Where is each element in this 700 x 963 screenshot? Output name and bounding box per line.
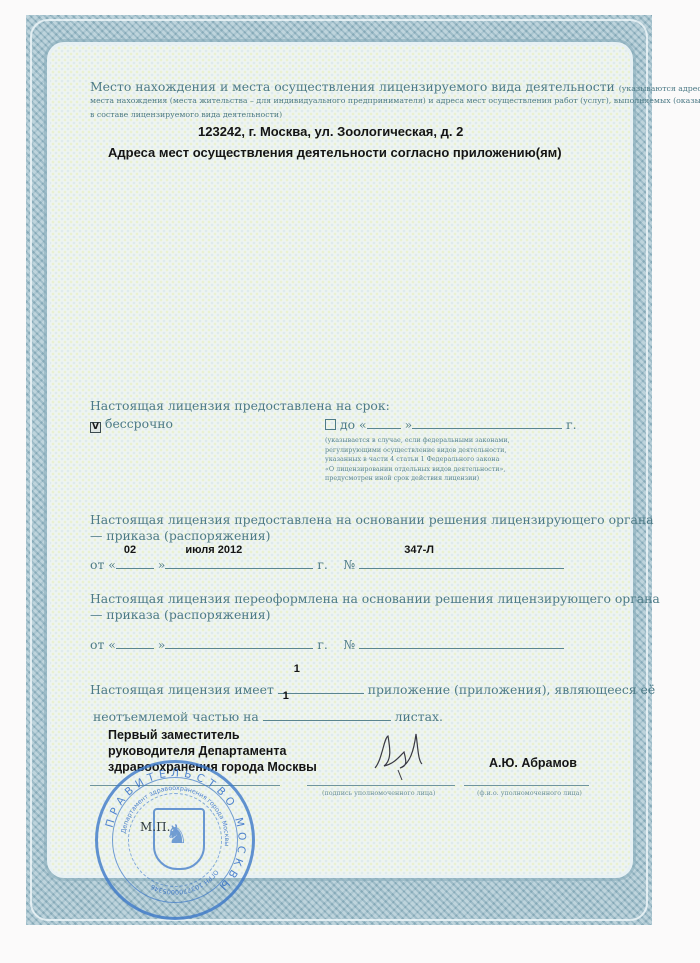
until-date-field[interactable] [412, 416, 562, 429]
seal-text: ПРАВИТЕЛЬСТВО МОСКВЫ Департамент здравоо… [98, 763, 252, 917]
activity-places: Адреса мест осуществления деятельности с… [108, 145, 562, 160]
granted-year-suffix: г. [317, 557, 327, 572]
signatory-position-line: Первый заместитель [108, 727, 317, 743]
name-caption: (ф.и.о. уполномоченного лица) [477, 789, 582, 797]
granted-line2: — приказа (распоряжения) [90, 528, 270, 543]
term-indefinite: Vбессрочно [90, 416, 173, 433]
granted-day: 02 [124, 544, 136, 556]
term-until: до « » г. [325, 416, 577, 432]
reissued-close-quote: » [158, 637, 166, 652]
granted-month-year: июля 2012 [185, 544, 242, 556]
granted-number-label: № [344, 557, 356, 572]
until-note-line: (указывается в случае, если федеральными… [325, 436, 510, 446]
location-heading: Место нахождения и места осуществления л… [90, 79, 700, 94]
granted-month-field[interactable]: июля 2012 [165, 556, 313, 569]
granted-number: 347-Л [404, 544, 434, 556]
official-seal: ПРАВИТЕЛЬСТВО МОСКВЫ Департамент здравоо… [95, 760, 255, 920]
until-checkbox[interactable] [325, 419, 336, 430]
location-heading-title: Место нахождения и места осуществления л… [90, 79, 615, 94]
reissued-line2: — приказа (распоряжения) [90, 607, 270, 622]
sheets-part-label: неотъемлемой частью на [93, 709, 259, 724]
until-note: (указывается в случае, если федеральными… [325, 436, 510, 484]
signatory-position-line: руководителя Департамента [108, 743, 317, 759]
location-heading-note: (указываются адрес [619, 84, 700, 93]
reissued-from-label: от « [90, 637, 116, 652]
until-prefix: до « [340, 417, 367, 432]
signature-icon [370, 730, 430, 780]
granted-line1: Настоящая лицензия предоставлена на осно… [90, 512, 653, 527]
location-note-line3: в составе лицензируемого вида деятельнос… [90, 110, 282, 119]
until-day-field[interactable] [367, 416, 401, 429]
sheets-label: листах. [395, 709, 443, 724]
reissued-date-row: от « » г. № [90, 636, 564, 652]
signature-line [307, 785, 455, 786]
reissued-number-label: № [344, 637, 356, 652]
svg-text:Департамент здравоохранения го: Департамент здравоохранения города Москв… [120, 785, 230, 847]
reissued-number-field[interactable] [359, 636, 564, 649]
sheets-count: 1 [283, 690, 289, 702]
until-suffix: г. [566, 417, 576, 432]
granted-number-field[interactable]: 347-Л [359, 556, 564, 569]
until-note-line: предусмотрен иной срок действия лицензии… [325, 474, 510, 484]
granted-date-row: от «02 »июля 2012 г. № 347-Л [90, 556, 564, 572]
seal-place-label: М.П. [140, 820, 170, 834]
sheets-count-field[interactable]: 1 [263, 708, 391, 721]
signature-caption: (подпись уполномоченного лица) [322, 789, 435, 797]
appendix-row: Настоящая лицензия имеет 1 приложение (п… [90, 681, 655, 697]
appendix-label: приложение (приложения), являющееся её [368, 682, 656, 697]
indefinite-label: бессрочно [105, 416, 173, 431]
name-line [464, 785, 589, 786]
location-note-line2: места нахождения (места жительства – для… [90, 96, 700, 105]
sheets-row: неотъемлемой частью на 1 листах. [93, 708, 443, 724]
granted-close-quote: » [158, 557, 166, 572]
address-main: 123242, г. Москва, ул. Зоологическая, д.… [198, 124, 463, 139]
until-mid: » [405, 417, 413, 432]
until-note-line: указанных в части 4 статьи 1 Федеральног… [325, 455, 510, 465]
granted-from-label: от « [90, 557, 116, 572]
until-note-line: «О лицензировании отдельных видов деятел… [325, 465, 510, 475]
reissued-line1: Настоящая лицензия переоформлена на осно… [90, 591, 660, 606]
term-label: Настоящая лицензия предоставлена на срок… [90, 398, 390, 413]
reissued-month-field[interactable] [165, 636, 313, 649]
appendix-has-label: Настоящая лицензия имеет [90, 682, 274, 697]
appendix-count: 1 [294, 663, 300, 675]
svg-text:ОГРН 1037700005346: ОГРН 1037700005346 [150, 868, 220, 895]
signatory-name: А.Ю. Абрамов [489, 756, 577, 770]
granted-day-field[interactable]: 02 [116, 556, 154, 569]
reissued-day-field[interactable] [116, 636, 154, 649]
appendix-count-field[interactable]: 1 [278, 681, 364, 694]
indefinite-checkbox[interactable]: V [90, 422, 101, 433]
until-note-line: регулирующими осуществление видов деятел… [325, 446, 510, 456]
reissued-year-suffix: г. [317, 637, 327, 652]
